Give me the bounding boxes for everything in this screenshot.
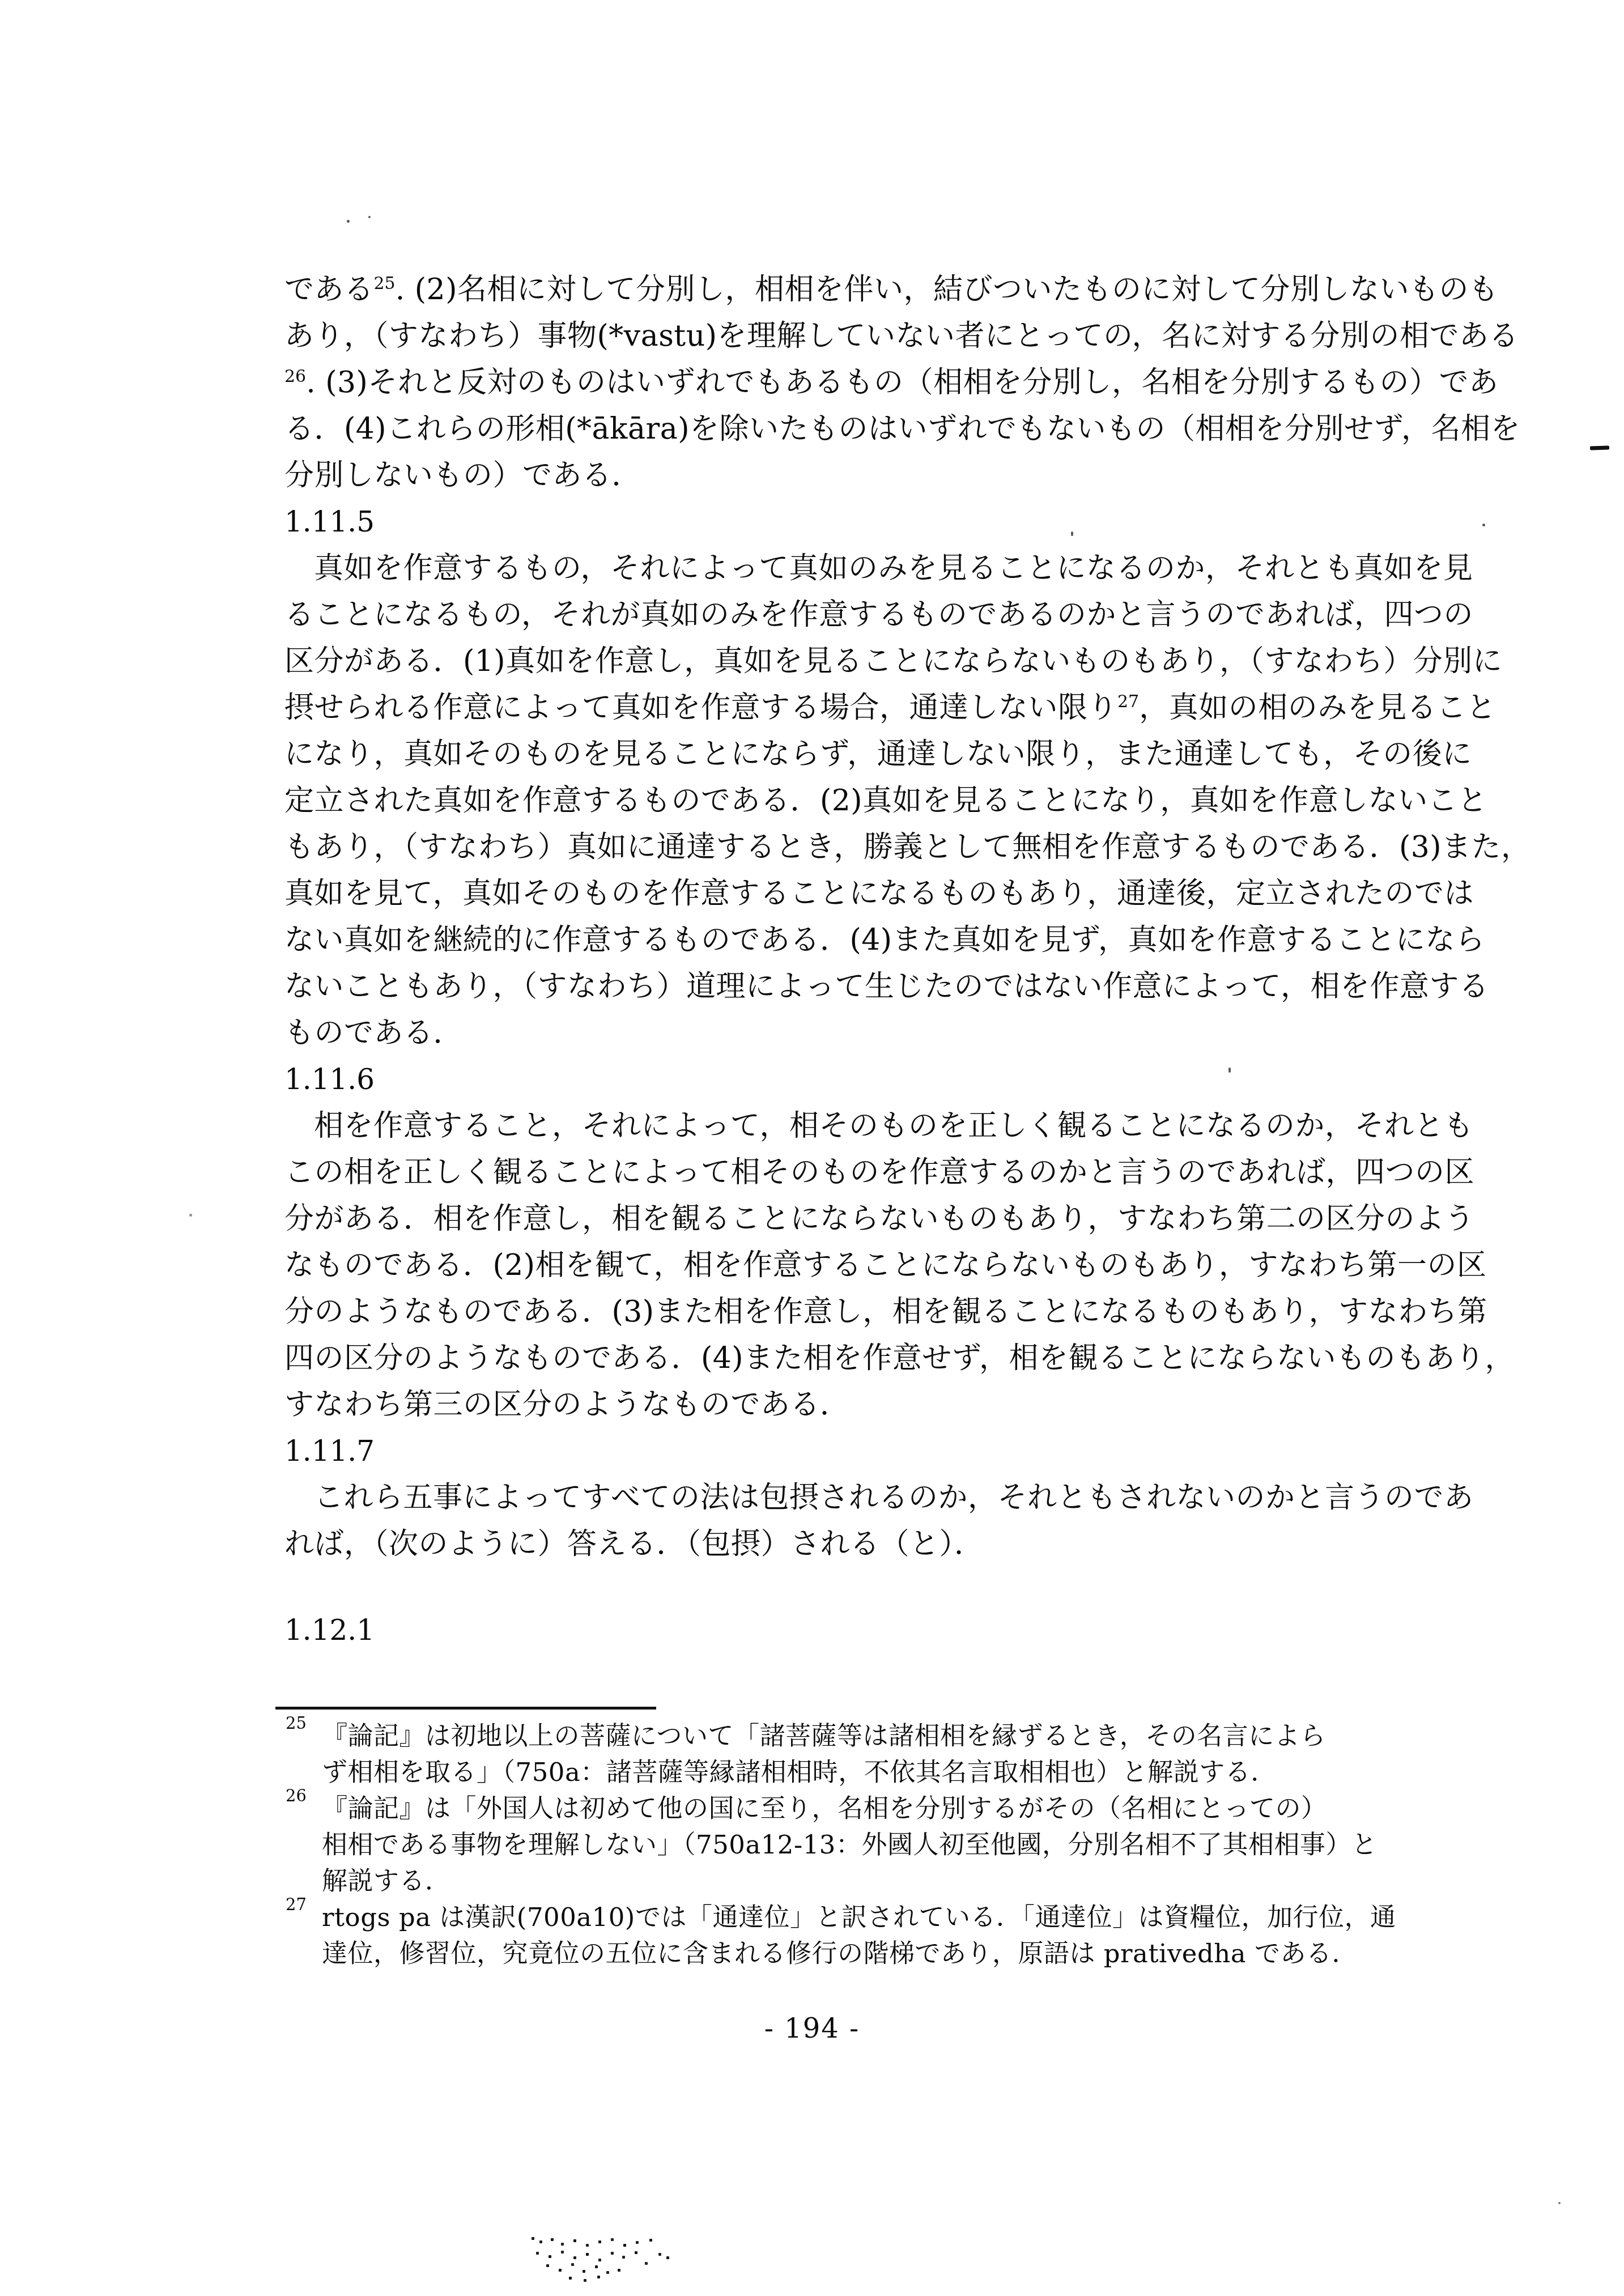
footnote: 26『論記』は「外国人は初めて他の国に至り，名相を分別するがその（名相にとっての… [284,1791,1423,1899]
scan-speckle-cluster [532,2237,534,2240]
text-line: 摂せられる作意によって真如を作意する場合，通達しない限り27，真如の相のみを見る… [284,684,1395,731]
scan-speck [347,220,350,223]
text-line: これら五事によってすべての法は包摂されるのか，それともされないのかと言うのであ [284,1474,1395,1521]
text-line: ない真如を継続的に作意するものである．(4)また真如を見ず，真如を作意することに… [284,917,1395,963]
text-line: ないこともあり，（すなわち）道理によって生じたのではない作意によって，相を作意す… [284,963,1395,1010]
section-heading: 1.11.6 [284,1056,1395,1103]
text-line: 定立された真如を作意するものである．(2)真如を見ることになり，真如を作意しない… [284,777,1395,824]
footnote: 25『論記』は初地以上の菩薩について「諸菩薩等は諸相相を縁ずるとき，その名言によ… [284,1718,1423,1791]
scan-speck [368,216,371,218]
section-heading: 1.11.7 [284,1428,1395,1474]
footnote-separator [275,1707,656,1710]
footnote-ref: 25 [374,274,396,294]
text-line: 区分がある．(1)真如を作意し，真如を見ることにならないものもあり，（すなわち）… [284,638,1395,684]
text-line: 相を作意すること，それによって，相そのものを正しく観ることになるのか，それとも [284,1103,1395,1149]
paragraph: 真如を作意するもの，それによって真如のみを見ることになるのか，それとも真如を見る… [284,545,1395,1056]
footnote-marker: 26 [286,1786,307,1805]
footnote-text: 『論記』は初地以上の菩薩について「諸菩薩等は諸相相を縁ずるとき，その名言によらず… [322,1718,1423,1791]
text-line: なものである．(2)相を観て，相を作意することにならないものもあり，すなわち第一… [284,1242,1395,1289]
scan-speck [1071,532,1073,536]
text-line: あり，（すなわち）事物(*vastu)を理解していない者にとっての，名に対する分… [284,313,1395,359]
text-line: 相相である事物を理解しない」（750a12-13：外國人初至他國，分別名相不了其… [322,1827,1423,1863]
text-line: 分のようなものである．(3)また相を作意し，相を観ることになるものもあり，すなわ… [284,1289,1395,1335]
text-line: 『論記』は「外国人は初めて他の国に至り，名相を分別するがその（名相にとっての） [322,1791,1423,1827]
text-line: である25. (2)名相に対して分別し，相相を伴い，結びついたものに対して分別し… [284,266,1395,313]
text-line: 分別しないもの）である． [284,452,1395,499]
text-line: この相を正しく観ることによって相そのものを作意するのかと言うのであれば，四つの区 [284,1149,1395,1196]
footnote-text: rtogs pa は漢訳(700a10)では「通達位」と訳されている．「通達位」… [322,1899,1423,1972]
section-heading: 1.11.5 [284,499,1395,545]
text-line: 解説する． [322,1863,1423,1899]
text-line: ず相相を取る」（750a：諸菩薩等縁諸相相時，不依其名言取相相也）と解説する． [322,1754,1423,1791]
text-line: る．(4)これらの形相(*ākāra)を除いたものはいずれでもないもの（相相を分… [284,406,1395,452]
text-line: もあり，（すなわち）真如に通達するとき，勝義として無相を作意するものである．(3… [284,824,1395,870]
scan-speck [1558,2202,1561,2204]
text-line: 達位，修習位，究竟位の五位に含まれる修行の階梯であり，原語は prativedh… [322,1936,1423,1972]
margin-dash-mark [1590,445,1609,450]
paragraph: これら五事によってすべての法は包摂されるのか，それともされないのかと言うのであれ… [284,1474,1395,1567]
text-line: ることになるもの，それが真如のみを作意するものであるのかと言うのであれば，四つの [284,592,1395,638]
text-line: ものである． [284,1010,1395,1056]
body-text: である25. (2)名相に対して分別し，相相を伴い，結びついたものに対して分別し… [284,266,1395,1653]
footnote-marker: 25 [286,1714,307,1733]
scan-speck [1228,1068,1231,1073]
section-heading: 1.12.1 [284,1607,1395,1653]
text-line: rtogs pa は漢訳(700a10)では「通達位」と訳されている．「通達位」… [322,1899,1423,1936]
footnote-ref: 27 [1117,692,1139,712]
text-line: 四の区分のようなものである．(4)また相を作意せず，相を観ることにならないものも… [284,1335,1395,1381]
text-line: 分がある．相を作意し，相を観ることにならないものもあり，すなわち第二の区分のよう [284,1196,1395,1242]
footnote-ref: 26 [284,367,306,386]
footnote-text: 『論記』は「外国人は初めて他の国に至り，名相を分別するがその（名相にとっての）相… [322,1791,1423,1899]
text-line: れば，（次のように）答える．（包摂）される（と）． [284,1521,1395,1567]
text-line: 真如を見て，真如そのものを作意することになるものもあり，通達後，定立されたのでは [284,870,1395,917]
text-line: 『論記』は初地以上の菩薩について「諸菩薩等は諸相相を縁ずるとき，その名言によら [322,1718,1423,1754]
scanned-page: である25. (2)名相に対して分別し，相相を伴い，結びついたものに対して分別し… [0,0,1624,2296]
text-line: 26. (3)それと反対のものはいずれでもあるもの（相相を分別し，名相を分別する… [284,359,1395,406]
scan-speck [1482,524,1485,526]
text-line: すなわち第三の区分のようなものである． [284,1381,1395,1428]
scan-speck [189,1214,192,1217]
footnote: 27rtogs pa は漢訳(700a10)では「通達位」と訳されている．「通達… [284,1899,1423,1972]
text-line: 真如を作意するもの，それによって真如のみを見ることになるのか，それとも真如を見 [284,545,1395,592]
paragraph: である25. (2)名相に対して分別し，相相を伴い，結びついたものに対して分別し… [284,266,1395,499]
footnotes: 25『論記』は初地以上の菩薩について「諸菩薩等は諸相相を縁ずるとき，その名言によ… [284,1718,1423,1972]
text-line: になり，真如そのものを見ることにならず，通達しない限り，また通達しても，その後に [284,731,1395,777]
page-number: - 194 - [0,2013,1624,2044]
footnote-marker: 27 [286,1895,307,1914]
paragraph: 相を作意すること，それによって，相そのものを正しく観ることになるのか，それともこ… [284,1103,1395,1428]
